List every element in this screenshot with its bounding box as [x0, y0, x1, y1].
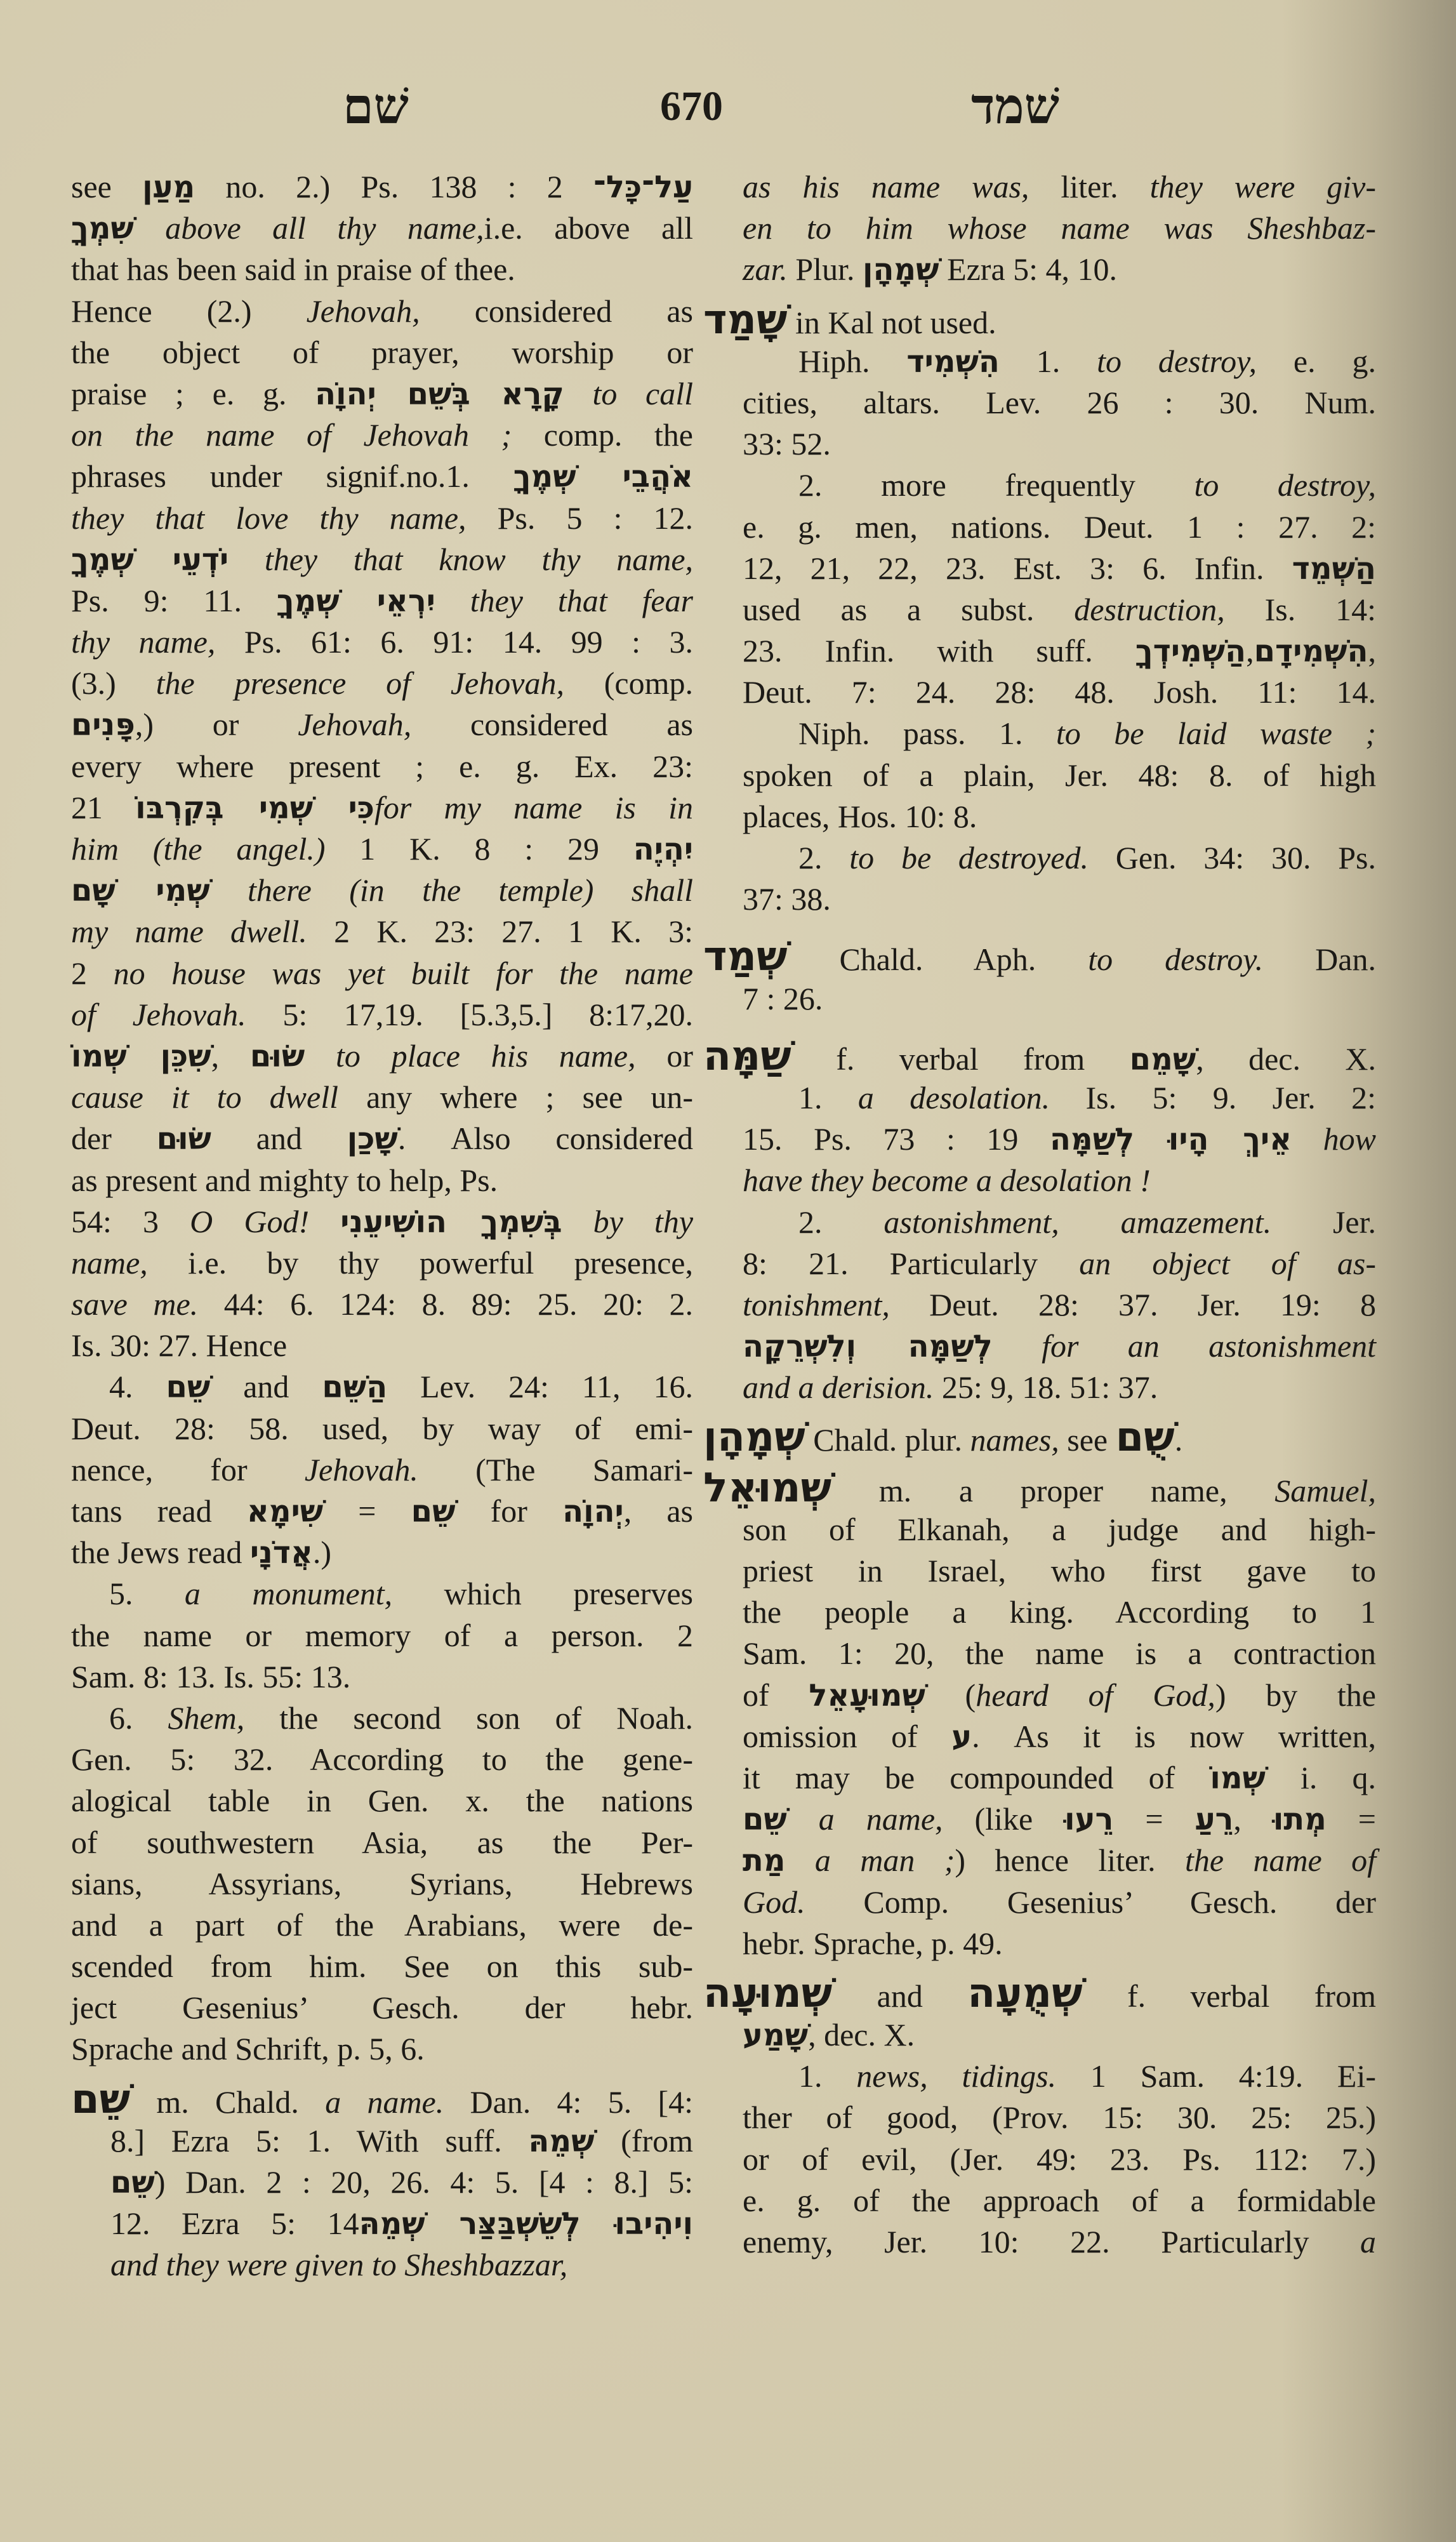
text-run: = — [323, 1493, 411, 1529]
text-run: . — [1175, 1422, 1183, 1458]
text-run: the people a king. According to 1 — [743, 1594, 1376, 1630]
italic-run: Shem, — [168, 1700, 244, 1736]
text-run: any where ; see un- — [338, 1079, 693, 1115]
text-run: Chald. plur. — [805, 1422, 970, 1458]
text-run: it may be compounded of — [743, 1760, 1210, 1795]
hebrew-word: אֵיךְ הָיוּ לְשַׁמָּה — [1050, 1122, 1292, 1157]
italic-run: an object of as- — [1079, 1246, 1376, 1281]
right-column: as his name was, liter. they were giv-en… — [703, 166, 1376, 2263]
text-line: alogical table in Gen. x. the nations — [71, 1780, 693, 1821]
text-run: 8: 21. Particularly — [743, 1246, 1079, 1281]
text-run: or — [636, 1038, 693, 1074]
italic-run: above all thy name, — [165, 210, 484, 246]
text-run: 5: 17,19. [5.3,5.] 8:17,20. — [246, 997, 693, 1032]
italic-run: a name. — [325, 2084, 444, 2120]
hebrew-word: שֵׁם — [110, 2165, 155, 2200]
hebrew-word: לְשַׁמָּה וְלִשְׁרֵקָה — [743, 1329, 993, 1364]
text-run: .) — [313, 1534, 331, 1570]
italic-run: names, — [970, 1422, 1059, 1458]
text-run: ject Gesenius’ Gesch. der hebr. — [71, 1990, 693, 2025]
hebrew-word: שְׁמֵהּ — [528, 2124, 594, 2159]
text-line: שַׁמָּה f. verbal from שָׁמֵם, dec. X. — [703, 1036, 1376, 1077]
italic-run: a — [1360, 2224, 1376, 2259]
text-line: Sam. 8: 13. Is. 55: 13. — [71, 1656, 693, 1698]
text-run: 37: 38. — [743, 881, 831, 917]
text-run: 23. Infin. with suff. — [743, 633, 1135, 669]
text-run: tans read — [71, 1493, 247, 1529]
text-run: 2. more frequently — [798, 467, 1194, 503]
text-line: 7 : 26. — [703, 978, 1376, 1020]
text-line: Sam. 1: 20, the name is a contraction — [703, 1633, 1376, 1674]
hebrew-word: מַעַן — [142, 170, 195, 205]
italic-run: and a derision. — [743, 1369, 934, 1405]
text-run: ther of good, (Prov. 15: 30. 25: 25.) — [743, 2099, 1376, 2135]
italic-run: Jehovah. — [305, 1452, 418, 1487]
hebrew-word: שְׁמוֹ — [1210, 1760, 1266, 1796]
text-line: omission of ע. As it is now written, — [703, 1716, 1376, 1757]
text-line: Deut. 7: 24. 28: 48. Josh. 11: 14. — [703, 672, 1376, 713]
text-run: used as a subst. — [743, 592, 1074, 627]
text-line: Sprache and Schrift, p. 5, 6. — [71, 2028, 693, 2070]
text-run: places, Hos. 10: 8. — [743, 799, 977, 834]
text-run: 12, 21, 22, 23. Est. 3: 6. Infin. — [743, 550, 1292, 586]
text-line: praise ; e. g. קָרָא בְּשֵׁם יְהוָֹה to … — [71, 373, 693, 415]
hebrew-word: שֵׁם — [166, 1369, 210, 1405]
text-run: 6. — [109, 1700, 168, 1736]
text-run: f. verbal from — [791, 1041, 1130, 1077]
text-run — [210, 872, 248, 908]
italic-run: name, — [71, 1245, 148, 1281]
text-line: places, Hos. 10: 8. — [703, 796, 1376, 837]
text-run: 1. — [1000, 343, 1097, 379]
italic-run: to place his name, — [336, 1038, 636, 1074]
text-run: phrases under signif.no.1. — [71, 458, 513, 494]
left-catchword: שׁם — [343, 75, 409, 138]
text-run: spoken of a plain, Jer. 48: 8. of high — [743, 757, 1376, 793]
text-line: שְׁמַד Chald. Aph. to destroy. Dan. — [703, 936, 1376, 978]
italic-run: on the name of Jehovah ; — [71, 417, 512, 453]
italic-run: to destroy. — [1088, 942, 1263, 977]
text-line: שָׁמַע, dec. X. — [703, 2014, 1376, 2056]
italic-run: God. — [743, 1884, 805, 1920]
text-line: 12. Ezra 5: 14וִיהִיבוּ לְשֵׁשְׁבַּצַּר … — [71, 2203, 693, 2244]
italic-run: and they were given to Sheshbazzar, — [110, 2247, 567, 2282]
text-run: 1 Sam. 4:19. Ei- — [1056, 2058, 1376, 2094]
italic-run: tonishment, — [743, 1287, 890, 1322]
text-run: 5. — [109, 1576, 185, 1611]
text-line: the people a king. According to 1 — [703, 1592, 1376, 1633]
italic-run: Jehovah, — [298, 707, 411, 742]
text-run: ) Dan. 2 : 20, 26. 4: 5. [4 : 8.] 5: — [155, 2164, 693, 2200]
italic-run: my name dwell. — [71, 914, 307, 949]
hebrew-word: שְׁמוּעָאֵל — [809, 1678, 925, 1714]
italic-run: they that know thy name, — [265, 542, 693, 577]
text-line: enemy, Jer. 10: 22. Particularly a — [703, 2221, 1376, 2263]
text-line: and a part of the Arabians, were de- — [71, 1905, 693, 1946]
text-run: (The Samari- — [418, 1452, 693, 1487]
text-run: see — [1059, 1422, 1116, 1458]
hebrew-word: קָרָא בְּשֵׁם יְהוָֹה — [315, 376, 564, 412]
text-line: 2 no house was yet built for the name — [71, 953, 693, 994]
text-run — [787, 1801, 819, 1837]
text-run: 4. — [109, 1369, 166, 1404]
text-line: Ps. 9: 11. יִרְאֵי שְׁמֶךָ they that fea… — [71, 580, 693, 622]
italic-run: to be laid waste ; — [1056, 715, 1376, 751]
text-run: 1. — [798, 1080, 858, 1115]
text-line: (3.) the presence of Jehovah, (comp. — [71, 663, 693, 704]
text-run: Is. 14: — [1225, 592, 1376, 627]
text-line: 4. שֵׁם and הַשֵּׁם Lev. 24: 11, 16. — [71, 1366, 693, 1407]
text-line: used as a subst. destruction, Is. 14: — [703, 589, 1376, 630]
text-line: 33: 52. — [703, 423, 1376, 465]
text-run: for — [455, 1493, 562, 1529]
text-run: considered as — [420, 293, 693, 329]
hebrew-word: שֵׁם — [743, 1802, 787, 1837]
text-run: 54: 3 — [71, 1204, 190, 1239]
hebrew-word: בְּשִׁמְךָ הוֹשִׁיעֵנִי — [340, 1204, 562, 1240]
italic-run: have they become a desolation ! — [743, 1162, 1151, 1198]
text-run — [228, 542, 265, 577]
text-run — [564, 376, 593, 411]
text-run: Niph. pass. 1. — [798, 715, 1056, 751]
text-run: m. a proper name, — [831, 1473, 1274, 1508]
italic-run: by thy — [593, 1204, 693, 1239]
hebrew-word: הִשְׁמִידָם — [1254, 634, 1368, 669]
italic-run: the presence of Jehovah, — [156, 665, 564, 701]
italic-run: there (in the temple) shall — [248, 872, 693, 908]
text-line: have they become a desolation ! — [703, 1160, 1376, 1201]
text-run: that has been said in praise of thee. — [71, 251, 515, 287]
text-run — [435, 583, 470, 618]
text-run: ) hence liter. — [955, 1842, 1185, 1878]
text-run: , dec. X. — [808, 2017, 915, 2053]
text-line: 2. astonishment, amazement. Jer. — [703, 1202, 1376, 1243]
text-line: שֵׁם m. Chald. a name. Dan. 4: 5. [4: — [71, 2079, 693, 2120]
text-run: 2. — [798, 840, 849, 875]
text-line: every where present ; e. g. Ex. 23: — [71, 746, 693, 787]
text-run: and — [211, 1121, 347, 1156]
text-run: Hence (2.) — [71, 293, 307, 329]
text-run: i. q. — [1266, 1760, 1376, 1795]
text-run: comp. the — [512, 417, 693, 453]
text-run: (3.) — [71, 665, 156, 701]
text-line: the object of prayer, worship or — [71, 332, 693, 373]
text-line: zar. Plur. שְׁמָהָן Ezra 5: 4, 10. — [703, 249, 1376, 290]
text-run: f. verbal from — [1083, 1978, 1376, 2014]
text-line: phrases under signif.no.1. אֹהֲבֵי שְׁמֶ… — [71, 456, 693, 497]
text-line: 8.] Ezra 5: 1. With suff. שְׁמֵהּ (from — [71, 2120, 693, 2162]
text-run: , as — [624, 1493, 693, 1529]
left-column: see מַעַן no. 2.) Ps. 138 : 2 עַל־כָּל־ש… — [71, 166, 693, 2286]
italic-run: a monument, — [185, 1576, 392, 1611]
hebrew-word: וִיהִיבוּ לְשֵׁשְׁבַּצַּר שְׁמֵהּ — [359, 2206, 693, 2242]
italic-run: Jehovah, — [307, 293, 420, 329]
text-line: as present and mighty to help, Ps. — [71, 1160, 693, 1201]
text-run: Dan. — [1263, 942, 1376, 977]
text-line: cities, altars. Lev. 26 : 30. Num. — [703, 382, 1376, 423]
text-run: 2. — [798, 1204, 884, 1240]
text-line: שִׁמְךָ above all thy name,i.e. above al… — [71, 208, 693, 249]
text-line: 1. a desolation. Is. 5: 9. Jer. 2: — [703, 1077, 1376, 1119]
hebrew-word: שִׁימָא — [247, 1494, 323, 1529]
italic-run: to call — [592, 376, 693, 411]
text-line: ject Gesenius’ Gesch. der hebr. — [71, 1987, 693, 2028]
text-line: 2. to be destroyed. Gen. 34: 30. Ps. — [703, 837, 1376, 879]
headword: שֻׁם — [1116, 1414, 1175, 1461]
text-run: Deut. 28: 58. used, by way of emi- — [71, 1411, 693, 1446]
italic-run: they were giv- — [1150, 169, 1376, 204]
text-line: Niph. pass. 1. to be laid waste ; — [703, 713, 1376, 754]
hebrew-word: שׂוּם — [157, 1121, 211, 1157]
text-line: 37: 38. — [703, 879, 1376, 920]
text-run: 2 K. 23: 27. 1 K. 3: — [307, 914, 693, 949]
text-run: e. g. of the approach of a formidable — [743, 2183, 1376, 2218]
text-run: m. Chald. — [130, 2084, 325, 2120]
text-line: פָּנִים,) or Jehovah, considered as — [71, 704, 693, 745]
text-line: priest in Israel, who first gave to — [703, 1550, 1376, 1592]
text-run: and a part of the Arabians, were de- — [71, 1907, 693, 1943]
text-line: as his name was, liter. they were giv- — [703, 166, 1376, 208]
text-line: שָׁמַד in Kal not used. — [703, 300, 1376, 341]
text-run: Ps. 61: 6. 91: 14. 99 : 3. — [215, 624, 693, 660]
text-run: the Jews read — [71, 1534, 250, 1570]
text-run: , — [1233, 1801, 1273, 1837]
text-line: the name or memory of a person. 2 — [71, 1615, 693, 1656]
italic-run: how — [1323, 1121, 1376, 1157]
hebrew-word: שִׁמְךָ — [71, 211, 134, 246]
text-line: 12, 21, 22, 23. Est. 3: 6. Infin. הַשְׁמ… — [703, 548, 1376, 589]
text-run: Sprache and Schrift, p. 5, 6. — [71, 2031, 425, 2066]
text-line: thy name, Ps. 61: 6. 91: 14. 99 : 3. — [71, 622, 693, 663]
text-line: שִׁכֵּן שְׁמוֹ, שׂוּם to place his name,… — [71, 1035, 693, 1077]
text-line: cause it to dwell any where ; see un- — [71, 1077, 693, 1118]
text-run: 15. Ps. 73 : 19 — [743, 1121, 1050, 1157]
text-run: the object of prayer, worship or — [71, 335, 693, 370]
text-run: Hiph. — [798, 343, 906, 379]
text-line: en to him whose name was Sheshbaz- — [703, 208, 1376, 249]
text-run: Ezra 5: 4, 10. — [939, 251, 1117, 287]
text-line: יֹדְעֵי שְׁמֶךָ they that know thy name, — [71, 539, 693, 580]
italic-run: they that love thy name, — [71, 500, 467, 536]
hebrew-word: הַשְׁמִידְךָ — [1135, 634, 1246, 669]
text-run: 25: 9, 18. 51: 37. — [934, 1369, 1158, 1405]
text-line: שֵׁם a name, (like רֵעוּ = רֵעַ, מְתוּ = — [703, 1799, 1376, 1840]
text-line: Hence (2.) Jehovah, considered as — [71, 291, 693, 332]
italic-run: to destroy, — [1194, 467, 1376, 503]
text-run: praise ; e. g. — [71, 376, 315, 411]
text-run: e. g. men, nations. Deut. 1 : 27. 2: — [743, 509, 1376, 545]
hebrew-word: רֵעַ — [1195, 1802, 1234, 1837]
text-line: ther of good, (Prov. 15: 30. 25: 25.) — [703, 2097, 1376, 2138]
text-run: = — [1113, 1801, 1195, 1837]
hebrew-word: פָּנִים — [71, 707, 135, 743]
text-run: Ps. 9: 11. — [71, 583, 277, 618]
italic-run: a name, — [819, 1801, 943, 1837]
text-run: or of evil, (Jer. 49: 23. Ps. 112: 7.) — [743, 2141, 1376, 2177]
hebrew-word: יִהְיֶה — [633, 832, 693, 867]
text-run: of — [743, 1677, 809, 1713]
text-run: , — [1368, 633, 1377, 669]
text-run: der — [71, 1121, 157, 1156]
text-line: that has been said in praise of thee. — [71, 249, 693, 290]
text-run: Deut. 28: 37. Jer. 19: 8 — [890, 1287, 1376, 1322]
text-run: no. 2.) Ps. 138 : 2 — [195, 169, 593, 204]
text-run: scended from him. See on this sub- — [71, 1948, 693, 1984]
right-catchword: שׁמד — [971, 75, 1059, 138]
hebrew-word: שָׁכַן — [347, 1121, 398, 1157]
text-run: Chald. Aph. — [787, 942, 1088, 977]
text-run: liter. — [1029, 169, 1149, 204]
text-run: 12. Ezra 5: 14 — [110, 2206, 359, 2241]
text-line: or of evil, (Jer. 49: 23. Ps. 112: 7.) — [703, 2139, 1376, 2180]
hebrew-word: רֵעוּ — [1064, 1802, 1113, 1837]
text-line: שְׁמוּאֵל m. a proper name, Samuel, — [703, 1468, 1376, 1509]
italic-run: of Jehovah. — [71, 997, 246, 1032]
hebrew-word: יִרְאֵי שְׁמֶךָ — [277, 583, 435, 619]
text-run: Sam. 1: 20, the name is a contraction — [743, 1635, 1376, 1671]
text-line: they that love thy name, Ps. 5 : 12. — [71, 498, 693, 539]
text-line: it may be compounded of שְׁמוֹ i. q. — [703, 1757, 1376, 1799]
text-run — [562, 1204, 593, 1239]
text-line: and a derision. 25: 9, 18. 51: 37. — [703, 1367, 1376, 1408]
headword: שְׁמָהָן — [703, 1414, 805, 1461]
text-run: 44: 6. 124: 8. 89: 25. 20: 2. — [198, 1286, 693, 1322]
hebrew-word: שְׁמָהָן — [863, 252, 939, 288]
headword: שְׁמוּאֵל — [703, 1465, 831, 1512]
text-line: 15. Ps. 73 : 19 אֵיךְ הָיוּ לְשַׁמָּה ho… — [703, 1119, 1376, 1160]
hebrew-word: שָׁמֵם — [1130, 1042, 1196, 1077]
hebrew-word: שִׁכֵּן שְׁמוֹ — [71, 1039, 211, 1074]
text-run: see — [71, 169, 142, 204]
italic-run: destruction, — [1074, 592, 1224, 627]
text-line: of southwestern Asia, as the Per- — [71, 1822, 693, 1863]
text-run: Lev. 24: 11, 16. — [387, 1369, 693, 1404]
text-run: Comp. Gesenius’ Gesch. der — [805, 1884, 1376, 1920]
text-line: the Jews read אֲדֹנָי.) — [71, 1532, 693, 1573]
italic-run: for an astonishment — [1042, 1328, 1376, 1364]
italic-run: a desolation. — [858, 1080, 1050, 1115]
headword: שְׁמֻעָה — [967, 1970, 1082, 2017]
text-run: considered as — [411, 707, 693, 742]
text-run — [305, 1038, 336, 1074]
text-line: 8: 21. Particularly an object of as- — [703, 1243, 1376, 1284]
italic-run: to be destroyed. — [849, 840, 1089, 875]
text-line: name, i.e. by thy powerful presence, — [71, 1242, 693, 1284]
headword: שְׁמַד — [703, 933, 787, 980]
italic-run: en to him whose name was Sheshbaz- — [743, 210, 1376, 246]
text-run: Is. 30: 27. Hence — [71, 1328, 287, 1363]
hebrew-word: אֹהֲבֵי שְׁמֶךָ — [513, 459, 693, 495]
text-line: my name dwell. 2 K. 23: 27. 1 K. 3: — [71, 911, 693, 952]
text-line: Is. 30: 27. Hence — [71, 1325, 693, 1366]
text-run: 2 — [71, 955, 114, 991]
text-run: , dec. X. — [1196, 1041, 1376, 1077]
text-line: and they were given to Sheshbazzar, — [71, 2244, 693, 2286]
text-line: 21 כִּי שְׁמִי בְּקִרְבּוֹfor my name is… — [71, 787, 693, 828]
text-run: ) by the — [1215, 1677, 1376, 1713]
text-run: sians, Assyrians, Syrians, Hebrews — [71, 1866, 693, 1901]
italic-run: to destroy, — [1097, 343, 1257, 379]
text-run: Is. 5: 9. Jer. 2: — [1050, 1080, 1376, 1115]
text-line: 6. Shem, the second son of Noah. — [71, 1698, 693, 1739]
text-run: Deut. 7: 24. 28: 48. Josh. 11: 14. — [743, 674, 1376, 710]
text-line: tonishment, Deut. 28: 37. Jer. 19: 8 — [703, 1284, 1376, 1326]
text-line: Gen. 5: 32. According to the gene- — [71, 1739, 693, 1780]
text-line: 1. news, tidings. 1 Sam. 4:19. Ei- — [703, 2056, 1376, 2097]
text-line: 23. Infin. with suff. הַשְׁמִידְךָ,הִשְׁ… — [703, 630, 1376, 672]
text-run: Dan. 4: 5. [4: — [444, 2084, 693, 2120]
hebrew-word: מַת — [743, 1843, 786, 1879]
text-line: sians, Assyrians, Syrians, Hebrews — [71, 1863, 693, 1905]
text-line: שְׁמוּעָה and שְׁמֻעָה f. verbal from — [703, 1973, 1376, 2014]
text-run: 33: 52. — [743, 426, 831, 462]
hebrew-word: הִשְׁמִיד — [906, 344, 999, 380]
text-run: (from — [595, 2123, 694, 2159]
headword: שַׁמָּה — [703, 1033, 791, 1080]
hebrew-word: שְׁמִי שָׁם — [71, 873, 210, 908]
text-line: 2. more frequently to destroy, — [703, 465, 1376, 506]
text-line: e. g. of the approach of a formidable — [703, 2180, 1376, 2221]
text-run: = — [1327, 1801, 1376, 1837]
text-run: (comp. — [564, 665, 693, 701]
text-line: מַת a man ;) hence liter. the name of — [703, 1840, 1376, 1881]
text-run: i.e. above all — [484, 210, 693, 246]
text-run — [309, 1204, 340, 1239]
hebrew-word: הַשֵּׁם — [322, 1369, 387, 1405]
text-run: Jer. — [1271, 1204, 1376, 1240]
italic-run: as his name was, — [743, 169, 1029, 204]
text-line: son of Elkanah, a judge and high- — [703, 1509, 1376, 1550]
text-line: tans read שִׁימָא = שֵׁם for יְהוָֹה, as — [71, 1491, 693, 1532]
text-run: every where present ; e. g. Ex. 23: — [71, 749, 693, 784]
headword: שֵׁם — [71, 2076, 130, 2123]
text-line: 5. a monument, which preserves — [71, 1573, 693, 1614]
italic-run: heard of God, — [976, 1677, 1215, 1713]
text-line: of שְׁמוּעָאֵל (heard of God,) by the — [703, 1675, 1376, 1716]
text-run: hebr. Sprache, p. 49. — [743, 1926, 1003, 1961]
text-line: לְשַׁמָּה וְלִשְׁרֵקָה for an astonishme… — [703, 1326, 1376, 1367]
text-run: which preserves — [392, 1576, 693, 1611]
hebrew-word: הַשְׁמֵד — [1292, 551, 1376, 587]
text-run: Ps. 5 : 12. — [467, 500, 693, 536]
headword: שְׁמוּעָה — [703, 1970, 832, 2017]
text-line: 54: 3 O God! בְּשִׁמְךָ הוֹשִׁיעֵנִי by … — [71, 1201, 693, 1242]
text-run: the second son of Noah. — [244, 1700, 693, 1736]
text-run: 1 K. 8 : 29 — [326, 831, 633, 867]
text-run: alogical table in Gen. x. the nations — [71, 1783, 693, 1818]
running-header: שׁם 670 שׁמד — [0, 75, 1456, 138]
text-run: omission of — [743, 1719, 951, 1754]
text-run — [1292, 1121, 1323, 1157]
text-run: nence, for — [71, 1452, 305, 1487]
italic-run: the name of — [1185, 1842, 1376, 1878]
text-run: ,) or — [135, 707, 298, 742]
italic-run: zar. — [743, 251, 788, 287]
text-run: 8.] Ezra 5: 1. With suff. — [110, 2123, 528, 2159]
headword: שָׁמַד — [703, 296, 787, 343]
text-run: Gen. 5: 32. According to the gene- — [71, 1741, 693, 1777]
text-run: of southwestern Asia, as the Per- — [71, 1825, 693, 1860]
italic-run: astonishment, amazement. — [884, 1204, 1271, 1240]
text-line: God. Comp. Gesenius’ Gesch. der — [703, 1882, 1376, 1923]
text-run: . As it is now written, — [972, 1719, 1376, 1754]
text-line: hebr. Sprache, p. 49. — [703, 1923, 1376, 1964]
text-line: nence, for Jehovah. (The Samari- — [71, 1449, 693, 1491]
text-line: der שׂוּם and שָׁכַן. Also considered — [71, 1118, 693, 1159]
italic-run: for my name is in — [374, 790, 693, 825]
italic-run: O God! — [190, 1204, 309, 1239]
italic-run: thy name, — [71, 624, 215, 660]
